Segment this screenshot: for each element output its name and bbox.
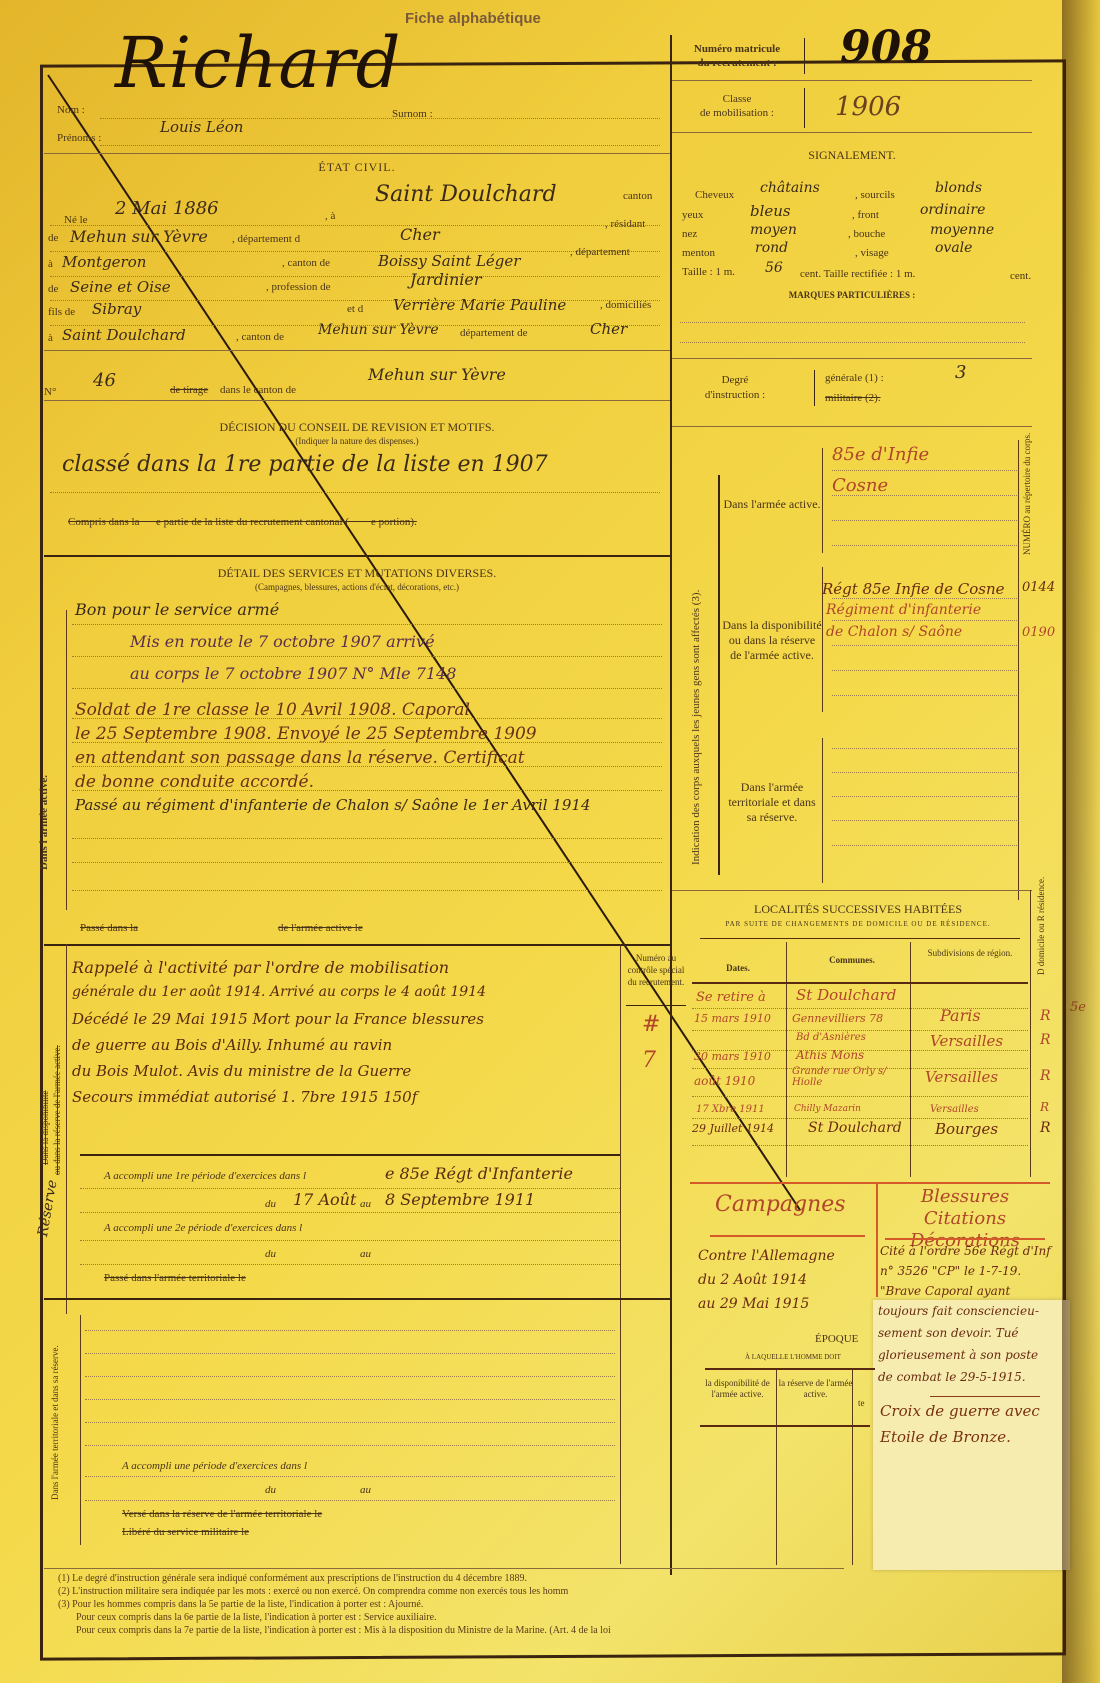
localite-row-6-subdivision: Versailles — [930, 1104, 979, 1115]
blessures-line-4: toujours fait consciencieu- — [878, 1304, 1039, 1318]
localites-col-communes: Communes. — [792, 955, 912, 965]
cheveux-label: Cheveux — [695, 189, 734, 201]
instruction-generale-label: générale (1) : — [825, 372, 884, 384]
classe-label-line1: Classe — [672, 92, 802, 106]
controle-column-divider — [620, 944, 621, 1564]
numero-column-divider — [1018, 440, 1019, 900]
tirage-label: de tirage — [170, 384, 208, 396]
localite-row-5-date: août 1910 — [694, 1074, 755, 1088]
affectation-active-entry-1: 85e d'Infie — [832, 444, 929, 465]
rule — [885, 1238, 1045, 1240]
affectation-dispo-entry-1: Régt 85e Infie de Cosne — [822, 580, 1005, 598]
epoque-col-2: la réserve de l'armée active. — [778, 1378, 853, 1400]
periode1-au: 8 Septembre 1911 — [385, 1190, 535, 1209]
services-line-6: en attendant son passage dans la réserve… — [75, 748, 525, 768]
a-label: , à — [325, 210, 335, 222]
localite-row-3-dr: R — [1040, 1032, 1051, 1048]
et-de-label: et d — [347, 303, 363, 315]
reserve-side-divider — [66, 944, 67, 1314]
localite-row-4-date: 30 mars 1910 — [694, 1050, 771, 1063]
footnote-4: Pour ceux compris dans la 6e partie de l… — [58, 1611, 611, 1624]
rule — [832, 645, 1017, 646]
taille-value: 56 — [765, 260, 783, 276]
dans-canton-label: dans le canton de — [220, 384, 296, 396]
blessures-line-6: glorieusement à son poste — [878, 1348, 1038, 1362]
rule — [672, 426, 1032, 427]
controle-header: Numéro au contrôle spécial du recrutemen… — [624, 952, 688, 988]
no-label: N° — [44, 386, 56, 398]
instruction-label-line1: Degré — [680, 373, 790, 388]
rule — [72, 688, 662, 689]
periode1-label: A accompli une 1re période d'exercices d… — [104, 1170, 306, 1182]
rule — [50, 251, 660, 252]
footnote-1: (1) Le degré d'instruction générale sera… — [58, 1572, 611, 1585]
localite-row-1-date: Se retire à — [696, 990, 766, 1005]
rule — [832, 820, 1017, 821]
blessures-line-2: n° 3526 "CP" le 1-7-19. — [880, 1264, 1021, 1278]
periode1-du-label: du — [265, 1198, 276, 1210]
nez-label: nez — [682, 228, 697, 240]
matricule-label-line1: Numéro matricule — [672, 42, 802, 56]
localite-row-6-date: 17 Xbre 1911 — [696, 1104, 765, 1115]
a3-label: à — [48, 332, 53, 344]
matricule-label-line2: du recrutement : — [672, 56, 802, 70]
rule — [85, 1376, 615, 1377]
rule — [680, 342, 1025, 343]
affectation-row-active-label: Dans l'armée active. — [722, 497, 822, 512]
affectation-brace-1 — [822, 448, 823, 553]
rule — [80, 1212, 620, 1213]
localite-row-2-date: 15 mars 1910 — [694, 1012, 771, 1025]
parents-departement: Cher — [590, 320, 627, 338]
localite-row-6-commune: Chilly Mazarin — [794, 1104, 861, 1114]
rule — [44, 350, 670, 351]
canton-de-label: , canton de — [282, 257, 330, 269]
localites-subtitle: PAR SUITE DE CHANGEMENTS DE DOMICILE OU … — [688, 920, 1028, 928]
decision-title: DÉCISION DU CONSEIL DE REVISION ET MOTIF… — [44, 420, 670, 435]
affectation-dispo-entry-2: Régiment d'infanterie — [826, 602, 981, 618]
campagnes-divider — [876, 1182, 878, 1297]
rule — [85, 1330, 615, 1331]
rule — [44, 1298, 670, 1300]
epoque-col-sep — [852, 1370, 853, 1565]
rule — [72, 624, 662, 625]
rule — [672, 80, 1032, 81]
rule — [85, 1422, 615, 1423]
rule — [700, 1425, 870, 1427]
rule — [72, 656, 662, 657]
canton-label: canton — [623, 190, 652, 202]
bouche-value: moyenne — [930, 222, 994, 238]
affectation-active-entry-2: Cosne — [832, 475, 888, 496]
localite-row-2-dr: R — [1040, 1008, 1051, 1024]
reserve-line-4: de guerre au Bois d'Ailly. Inhumé au rav… — [72, 1036, 392, 1054]
struck-territoriale: Passé dans l'armée territoriale le — [104, 1272, 246, 1284]
page-edge-shadow — [1062, 0, 1100, 1683]
rule — [692, 1008, 1028, 1009]
blessures-line-1: Cité à l'ordre 56e Régt d'Inf — [880, 1244, 1051, 1258]
rule — [832, 845, 1017, 846]
visage-value: ovale — [935, 240, 972, 256]
epoque-col-3: te — [858, 1398, 865, 1408]
rule — [832, 620, 1017, 621]
departement2-label: , département — [570, 246, 630, 258]
rule — [672, 132, 1032, 133]
marques-title: MARQUES PARTICULIÈRES : — [672, 290, 1032, 300]
reserve-line-1: Rappelé à l'activité par l'ordre de mobi… — [72, 958, 449, 977]
departement-birth: Cher — [400, 225, 440, 244]
services-struck-footer-a: Passé dans la — [80, 922, 138, 934]
mother: Verrière Marie Pauline — [393, 296, 566, 314]
birthplace: Saint Doulchard — [375, 182, 557, 207]
rule — [832, 545, 1017, 546]
rule — [832, 748, 1017, 749]
rule — [692, 1030, 1028, 1031]
affectation-numero-2: 0190 — [1022, 625, 1055, 640]
classe-brace — [804, 88, 807, 128]
menton-label: menton — [682, 247, 715, 259]
reserve-side-label-struck-1: Dans la disponibilité — [40, 1091, 50, 1166]
rule — [85, 1500, 615, 1501]
services-title: DÉTAIL DES SERVICES ET MUTATIONS DIVERSE… — [44, 566, 670, 581]
localite-row-5-dr: R — [1040, 1068, 1051, 1084]
rule — [692, 1050, 1028, 1051]
decision-subtitle: (Indiquer la nature des dispenses.) — [44, 436, 670, 446]
parents-residence: Saint Doulchard — [62, 326, 186, 344]
rule — [100, 145, 660, 146]
services-line-7: de bonne conduite accordé. — [75, 772, 314, 792]
decision-struck-line: Compris dans la e partie de la liste du … — [68, 516, 417, 528]
localites-col-sep — [1030, 890, 1031, 1177]
rule — [930, 1396, 1040, 1397]
surnom-label: Surnom : — [392, 108, 433, 120]
domicilies-label: , domiciliés — [600, 299, 651, 311]
rule — [80, 1188, 620, 1189]
periode2-au-label: au — [360, 1248, 371, 1260]
services-line-8: Passé au régiment d'infanterie de Chalon… — [75, 796, 591, 814]
campagnes-title: Campagnes — [715, 1192, 846, 1217]
epoque-subtitle: À LAQUELLE L'HOMME DOIT — [745, 1353, 841, 1361]
front-value: ordinaire — [920, 202, 985, 218]
column-divider — [670, 35, 672, 1575]
affectation-row-dispo-label: Dans la disponibilité ou dans la réserve… — [722, 618, 822, 663]
rule — [672, 358, 1032, 359]
rule — [832, 495, 1017, 496]
rule — [680, 322, 1025, 323]
footnote-3: (3) Pour les hommes compris dans la 5e p… — [58, 1598, 611, 1611]
blessures-line-8: Croix de guerre avec — [880, 1402, 1040, 1420]
matricule-label: Numéro matricule du recrutement : — [672, 42, 802, 70]
rule — [72, 766, 662, 767]
instruction-brace — [814, 370, 817, 406]
rule — [72, 790, 662, 791]
services-side-label: Dans l'armée active. — [38, 775, 50, 870]
father: Sibray — [92, 300, 141, 318]
rule — [72, 838, 662, 839]
rule — [672, 890, 1032, 891]
rule — [705, 1368, 875, 1370]
reserve-side-label-struck-2: ou dans la réserve de l'armée active. — [52, 1045, 62, 1175]
residant-label: , résidant — [605, 218, 645, 230]
services-line-1: Bon pour le service armé — [75, 600, 279, 619]
rule — [832, 695, 1017, 696]
localite-row-5-commune: Grande rue Orly s/ Hiolle — [792, 1066, 910, 1088]
profession: Jardinier — [410, 270, 482, 289]
controle-mark-2: 7 — [642, 1048, 656, 1073]
rule — [72, 890, 662, 891]
localite-row-3-commune: Bd d'Asnières — [796, 1032, 866, 1043]
campagnes-line-2: du 2 Août 1914 — [698, 1272, 807, 1288]
rule — [50, 300, 660, 301]
localite-row-7-dr: R — [1040, 1120, 1051, 1136]
instruction-label-line2: d'instruction : — [680, 388, 790, 403]
parents-canton: Mehun sur Yèvre — [318, 322, 439, 338]
campagnes-line-3: au 29 Mai 1915 — [698, 1296, 809, 1312]
localite-row-5-subdivision: Versailles — [925, 1068, 998, 1086]
profession-label: , profession de — [266, 281, 330, 293]
localite-row-7-subdivision: Bourges — [935, 1120, 998, 1138]
rule — [710, 1235, 865, 1237]
rule — [50, 492, 660, 493]
rule — [832, 520, 1017, 521]
localites-col-sep — [786, 942, 787, 1177]
prenoms-label: Prénoms : — [57, 132, 101, 144]
blessures-title: Blessures Citations Décorations — [885, 1186, 1045, 1252]
epoque-col-sep — [776, 1370, 777, 1565]
rule — [832, 796, 1017, 797]
epoque-col-1: la disponibilité de l'armée active. — [700, 1378, 775, 1400]
services-line-5: le 25 Septembre 1908. Envoyé le 25 Septe… — [75, 724, 537, 744]
reserve-line-2: générale du 1er août 1914. Arrivé au cor… — [72, 984, 486, 1000]
services-subtitle: (Campagnes, blessures, actions d'éclat, … — [44, 582, 670, 592]
blessures-line-5: sement son devoir. Tué — [878, 1326, 1019, 1340]
rule — [832, 772, 1017, 773]
affectation-brace-3 — [822, 738, 823, 883]
cheveux-value: châtains — [760, 180, 820, 196]
territoriale-struck-2: Libéré du service militaire le — [122, 1526, 249, 1538]
prenoms-value: Louis Léon — [160, 118, 243, 136]
rule — [85, 1445, 615, 1446]
territoriale-au-label: au — [360, 1484, 371, 1496]
services-struck-footer-b: de l'armée active le — [278, 922, 363, 934]
localites-col-subdivisions: Subdivisions de région. — [915, 948, 1025, 958]
bouche-label: , bouche — [848, 228, 885, 240]
rule — [50, 225, 660, 226]
localites-col-sep — [910, 942, 911, 1177]
signalement-title: SIGNALEMENT. — [672, 148, 1032, 163]
territoriale-du-label: du — [265, 1484, 276, 1496]
affectations-divider — [718, 475, 720, 875]
front-label: , front — [852, 209, 879, 221]
blessures-line-9: Etoile de Bronze. — [880, 1428, 1011, 1446]
footnote-2: (2) L'instruction militaire sera indiqué… — [58, 1585, 611, 1598]
rule — [44, 400, 670, 401]
residence: Montgeron — [62, 253, 146, 271]
taille-rect-unit: cent. — [1010, 270, 1031, 282]
localites-col-dates: Dates. — [690, 963, 786, 973]
matricule-value: 908 — [840, 22, 932, 73]
reserve-line-3: Décédé le 29 Mai 1915 Mort pour la Franc… — [72, 1010, 484, 1028]
reserve-line-5: du Bois Mulot. Avis du ministre de la Gu… — [72, 1062, 411, 1080]
nez-value: moyen — [750, 222, 797, 238]
rule — [80, 1154, 620, 1156]
rule — [44, 153, 670, 154]
etat-civil-title: ÉTAT CIVIL. — [44, 160, 670, 175]
localite-row-7-commune: St Doulchard — [808, 1120, 902, 1136]
localite-row-1-commune: St Doulchard — [796, 986, 896, 1004]
localite-row-3-subdivision: Versailles — [930, 1032, 1003, 1050]
instruction-generale-value: 3 — [955, 362, 966, 383]
instruction-militaire-label: militaire (2). — [825, 392, 881, 404]
rule — [44, 555, 670, 557]
classe-label-line2: de mobilisation : — [672, 106, 802, 120]
taille-label: Taille : 1 m. — [682, 266, 735, 278]
periode1-du: 17 Août — [293, 1190, 356, 1209]
classe-value: 1906 — [835, 92, 901, 122]
localites-title: LOCALITÉS SUCCESSIVES HABITÉES — [688, 902, 1028, 917]
blessures-line-3: "Brave Caporal ayant — [880, 1284, 1010, 1298]
localite-row-7-date: 29 Juillet 1914 — [692, 1122, 774, 1135]
departement3-label: département de — [460, 327, 528, 339]
affectation-dispo-entry-3: de Chalon s/ Saône — [826, 624, 962, 640]
rule — [85, 1476, 615, 1477]
matricule-brace — [804, 38, 807, 74]
bracket-line — [66, 610, 67, 910]
departement-label: , département d — [232, 233, 300, 245]
rule — [50, 276, 660, 277]
rule — [72, 742, 662, 743]
a2-label: à — [48, 258, 53, 270]
de-label: de — [48, 232, 58, 244]
tirage-canton: Mehun sur Yèvre — [368, 365, 506, 384]
territoriale-side-label: Dans l'armée territoriale et dans sa rés… — [50, 1320, 60, 1500]
numero-header: NUMÉRO au répertoire du corps. — [1022, 435, 1032, 555]
rule — [626, 1005, 686, 1006]
rule — [700, 938, 1020, 939]
periode2-du-label: du — [265, 1248, 276, 1260]
footnote-5: Pour ceux compris dans la 7e partie de l… — [58, 1624, 611, 1637]
affectation-numero-1: 0144 — [1022, 580, 1055, 595]
taille-unit: cent. Taille rectifiée : 1 m. — [800, 268, 915, 280]
birth-date: 2 Mai 1886 — [115, 198, 219, 219]
yeux-label: yeux — [682, 209, 703, 221]
rule — [832, 670, 1017, 671]
nom-label: Nom : — [57, 104, 85, 116]
territoriale-struck-1: Versé dans la réserve de l'armée territo… — [122, 1508, 322, 1520]
rule — [692, 1068, 1028, 1069]
localites-col-dr: D domicile ou R résidence. — [1036, 895, 1046, 975]
rule — [80, 1240, 620, 1241]
affectation-row-territoriale-label: Dans l'armée territoriale et dans sa rés… — [722, 780, 822, 825]
footnotes-rule — [44, 1568, 844, 1569]
rule — [692, 982, 1028, 984]
services-line-2: Mis en route le 7 octobre 1907 arrivé — [130, 632, 435, 651]
periode2-label: A accompli une 2e période d'exercices da… — [104, 1222, 302, 1234]
tirage-number: 46 — [93, 370, 116, 391]
instruction-label: Degré d'instruction : — [680, 373, 790, 403]
visage-label: , visage — [855, 247, 889, 259]
periode1-unit: e 85e Régt d'Infanterie — [385, 1164, 573, 1183]
rule — [832, 470, 1017, 471]
periode1-au-label: au — [360, 1198, 371, 1210]
campagnes-top-rule — [690, 1182, 1050, 1184]
services-line-4: Soldat de 1re classe le 10 Avril 1908. C… — [75, 700, 470, 720]
controle-mark-1: # — [642, 1012, 660, 1037]
sourcils-value: blonds — [935, 180, 982, 196]
localite-row-2-commune: Gennevilliers 78 — [792, 1012, 883, 1025]
decision-value: classé dans la 1re partie de la liste en… — [62, 452, 548, 477]
affectations-side-label: Indication des corps auxquels les jeunes… — [690, 590, 702, 865]
campagnes-line-1: Contre l'Allemagne — [698, 1248, 835, 1264]
rule — [85, 1399, 615, 1400]
menton-value: rond — [755, 240, 788, 256]
classe-label: Classe de mobilisation : — [672, 92, 802, 120]
territoriale-periode-label: A accompli une période d'exercices dans … — [122, 1460, 307, 1472]
rule — [692, 1118, 1028, 1119]
departement-residence: Seine et Oise — [70, 278, 171, 296]
rule — [832, 598, 1017, 599]
rule — [692, 1145, 1028, 1146]
footnotes: (1) Le degré d'instruction générale sera… — [58, 1572, 611, 1637]
rule — [85, 1353, 615, 1354]
fils-de-label: fils de — [48, 306, 75, 318]
rule — [44, 944, 670, 946]
services-line-3: au corps le 7 octobre 1907 N° Mle 7148 — [130, 664, 456, 683]
rule — [72, 718, 662, 719]
canton-birth: Mehun sur Yèvre — [70, 227, 208, 246]
rule — [72, 862, 662, 863]
localite-row-6-dr: R — [1040, 1100, 1049, 1114]
territoriale-side-divider — [80, 1315, 81, 1545]
yeux-value: bleus — [750, 202, 791, 220]
sourcils-label: , sourcils — [855, 189, 895, 201]
de2-label: de — [48, 283, 58, 295]
canton-residence: Boissy Saint Léger — [378, 252, 520, 270]
rule — [80, 1264, 620, 1265]
blessures-line-7: de combat le 29-5-1915. — [878, 1370, 1026, 1384]
epoque-title: ÉPOQUE — [815, 1333, 858, 1345]
canton3-label: , canton de — [236, 331, 284, 343]
rule — [692, 1096, 1028, 1097]
reserve-line-6: Secours immédiat autorisé 1. 7bre 1915 1… — [72, 1088, 417, 1106]
